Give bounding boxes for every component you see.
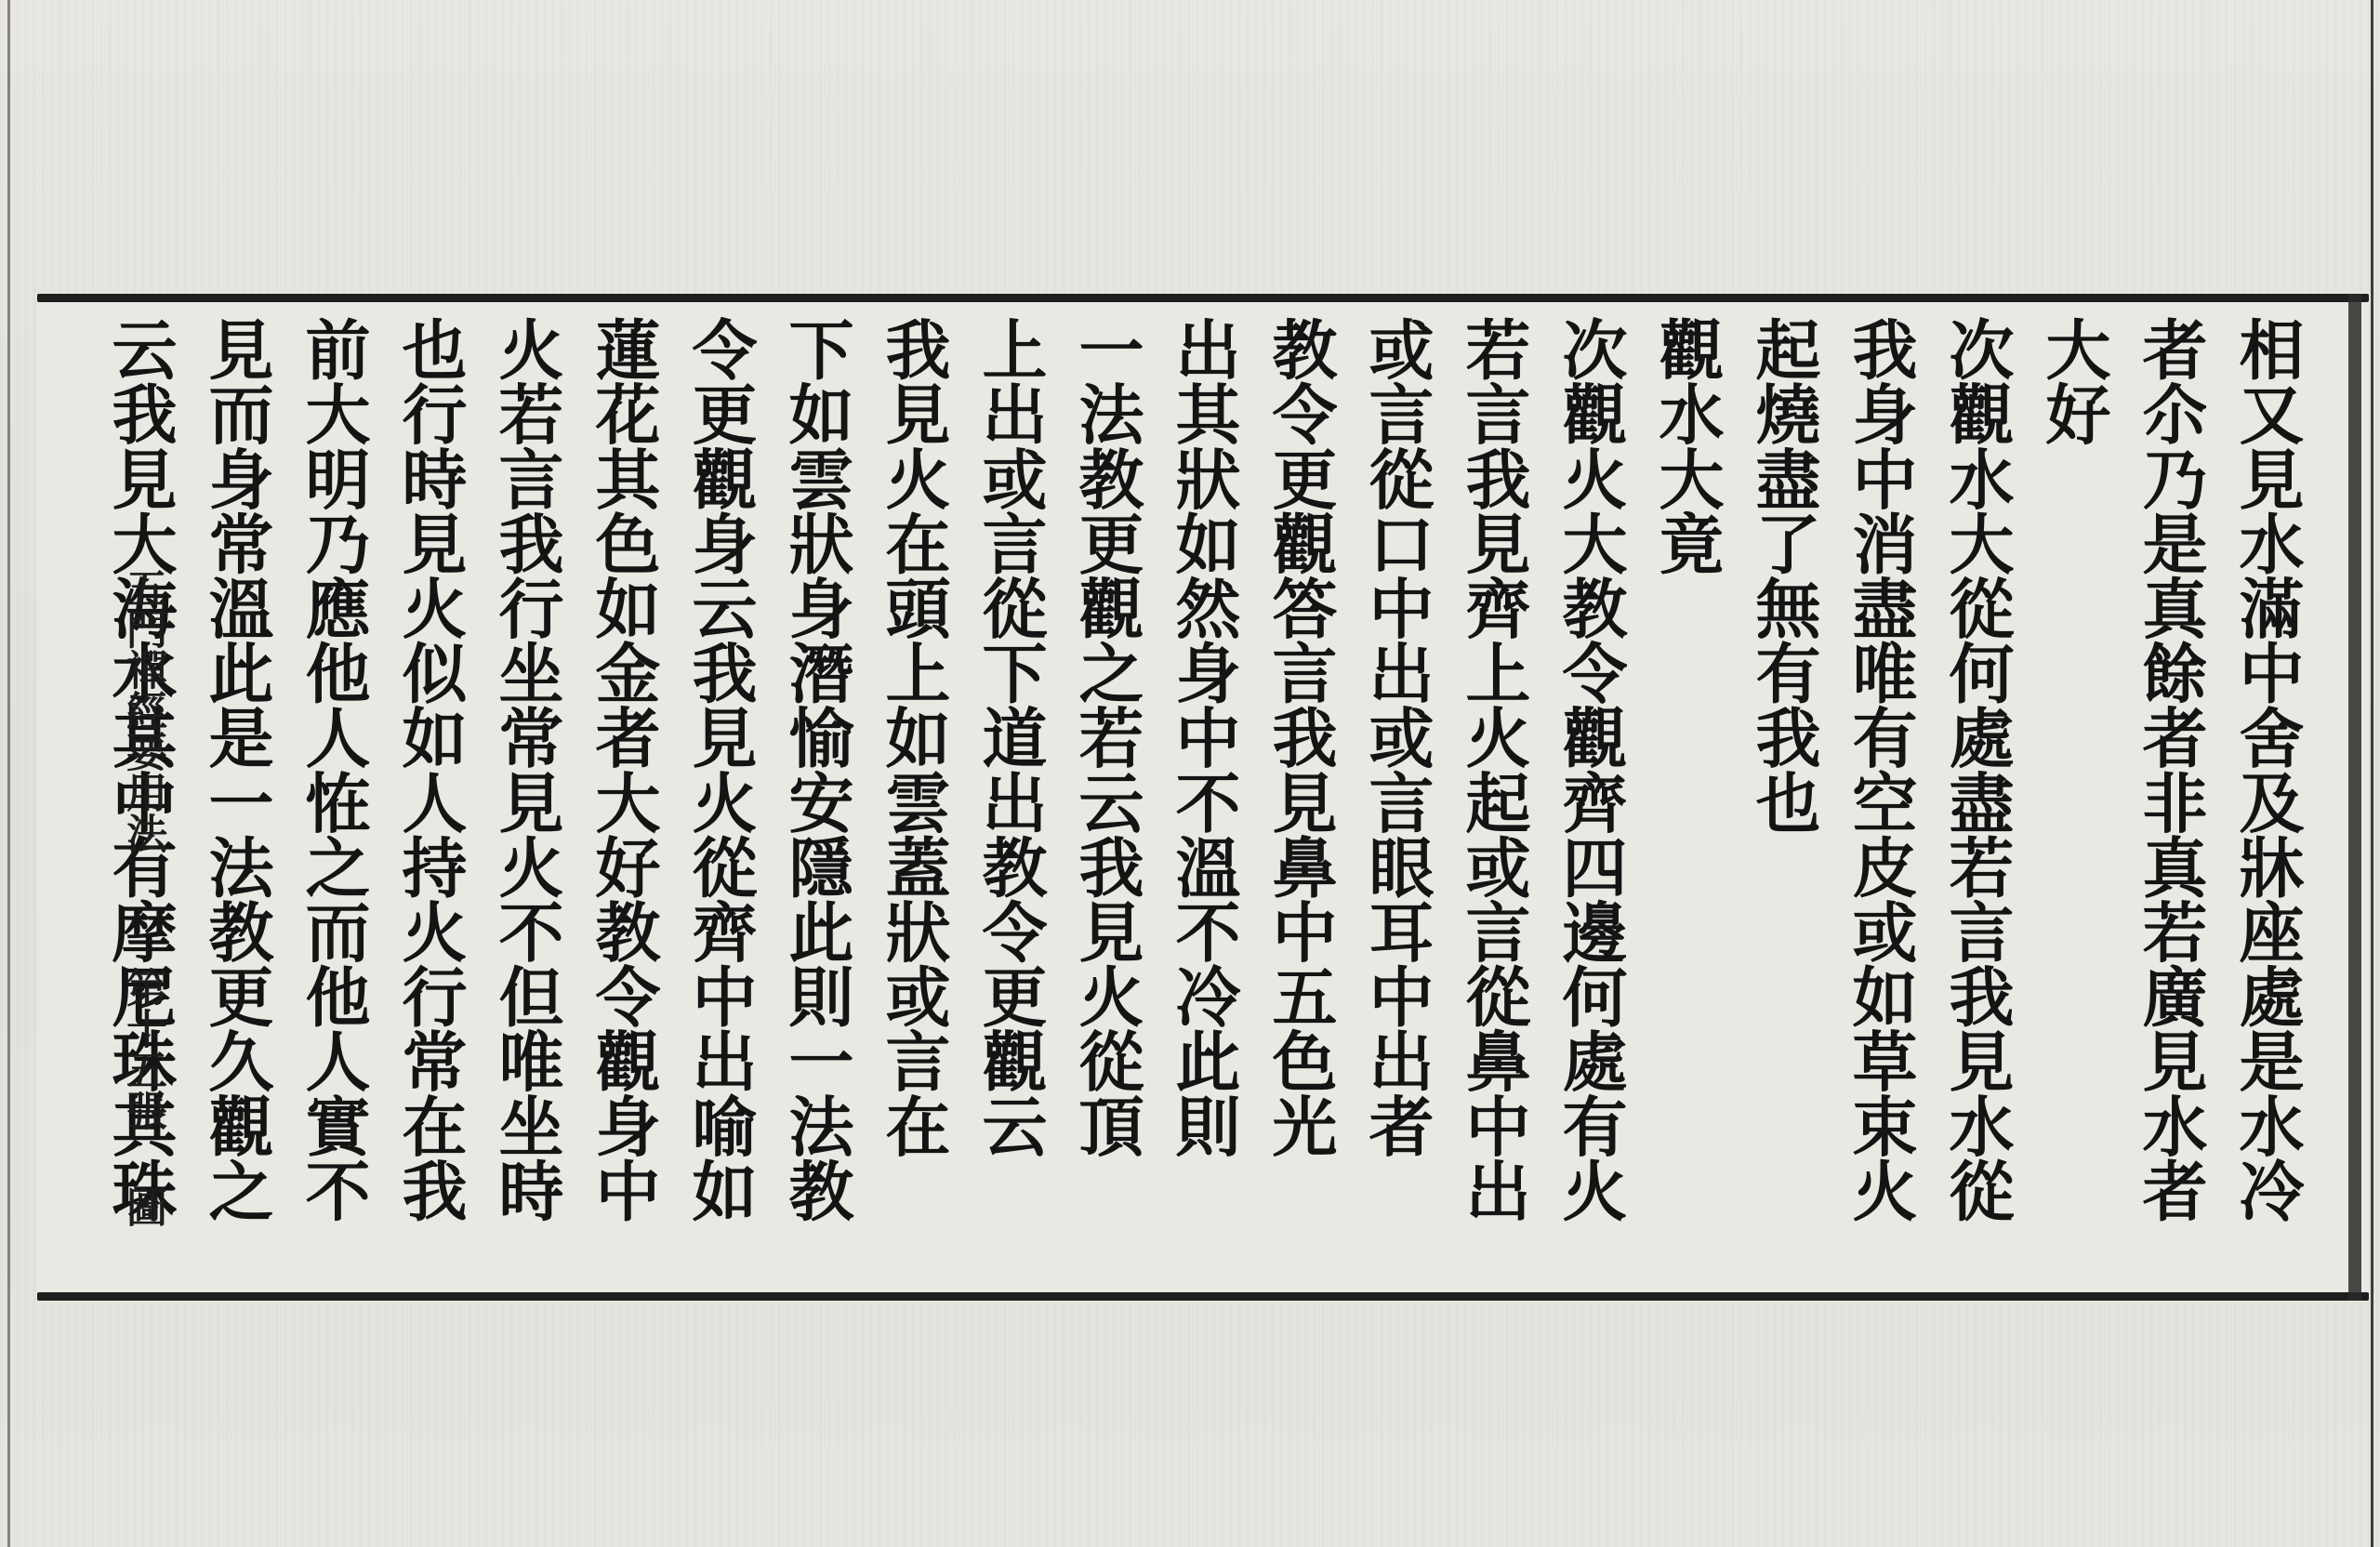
text-column-17: 令更觀身云我見火從齊中出喻如 — [671, 316, 768, 1292]
text-column-16: 下如雲狀身潛愉安隱此則一法教 — [768, 316, 865, 1292]
text-column-8: 次觀火大教令觀齊四邊何處有火 — [1541, 316, 1638, 1292]
margin-colophon: 五門禪經要用法 第十五張 圖 — [110, 567, 175, 1292]
frame-right-rule — [2348, 294, 2361, 1301]
margin-page-number: 第十五張 — [114, 967, 170, 1130]
text-column-4: 次觀水大從何處盡若言我見水從 — [1928, 316, 2025, 1292]
text-column-21: 前大明乃應他人恠之而他人實不 — [284, 316, 381, 1292]
text-column-13: 一法教更觀之若云我見火從頂 — [1058, 316, 1155, 1292]
text-column-11: 教令更觀答言我見鼻中五色光 — [1251, 316, 1348, 1292]
margin-title: 五門禪經要用法 — [114, 567, 170, 883]
frame-top-rule — [37, 294, 2369, 302]
page-right-edge — [2371, 0, 2373, 1547]
text-column-9: 若言我見齊上火起或言從鼻中出 — [1445, 316, 1541, 1292]
text-column-19: 火若言我行坐常見火不但唯坐時 — [478, 316, 575, 1292]
text-column-18: 蓮花其色如金者大好教令觀身中 — [575, 316, 671, 1292]
margin-mark: 圖 — [114, 1186, 170, 1227]
frame-bottom-rule — [37, 1292, 2369, 1301]
text-column-20: 也行時見火似如人持火行常在我 — [381, 316, 478, 1292]
text-column-3: 大好 — [2025, 316, 2122, 1292]
text-column-1: 相又見水滿中舍及牀座處是水冷 — [2218, 316, 2315, 1292]
text-column-12: 出其狀如然身中不溫不冷此則 — [1155, 316, 1251, 1292]
text-column-6: 起燒盡了無有我也 — [1735, 316, 1831, 1292]
text-columns: 相又見水滿中舍及牀座處是水冷 者尒乃是真餘者非真若廣見水者 大好 次觀水大從何處… — [91, 316, 2315, 1292]
text-column-14: 上出或言從下道出教令更觀云 — [961, 316, 1058, 1292]
page-left-edge — [7, 0, 10, 1547]
text-column-10: 或言從口中出或言眼耳中出者 — [1348, 316, 1445, 1292]
text-column-5: 我身中消盡唯有空皮或如草束火 — [1831, 316, 1928, 1292]
text-column-2: 者尒乃是真餘者非真若廣見水者 — [2122, 316, 2218, 1292]
text-column-15: 我見火在頭上如雲蓋狀或言在 — [865, 316, 961, 1292]
text-column-22: 見而身常溫此是一法教更久觀之 — [188, 316, 284, 1292]
text-column-7: 觀水大竟 — [1638, 316, 1735, 1292]
